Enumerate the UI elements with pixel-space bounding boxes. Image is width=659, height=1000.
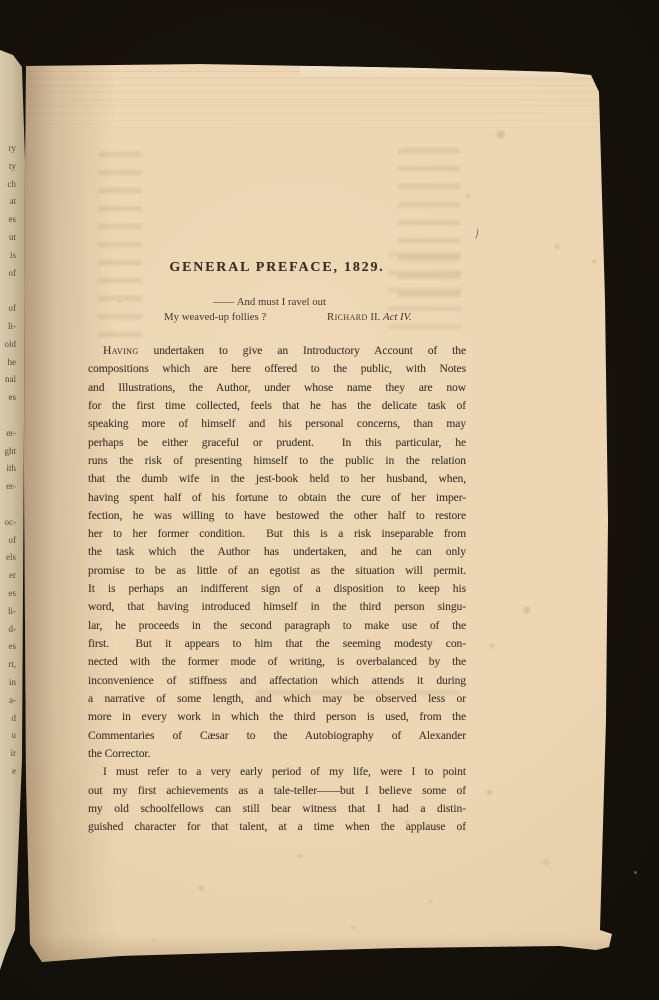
foxing-spot: [118, 300, 122, 304]
fragment-line: d-: [0, 621, 16, 639]
fragment-line: es: [0, 585, 16, 603]
foxing-spot: [495, 130, 506, 139]
text-line: out my first achievements as a tale-tell…: [88, 782, 466, 800]
fragment-line: of: [0, 300, 16, 318]
text-line: inconvenience of stiffness and affectati…: [88, 672, 466, 690]
text-line: word, that having introduced himself in …: [88, 598, 466, 616]
text-line: having spent half of his fortune to obta…: [88, 489, 466, 507]
foxing-spot: [592, 259, 597, 264]
body-paragraph-1: Having undertaken to give an Introductor…: [88, 342, 466, 763]
fragment-line: li-: [0, 318, 16, 336]
fragment-line: a-: [0, 692, 16, 710]
text-segment: Richard: [327, 311, 368, 323]
fragment-line: er-: [0, 478, 16, 496]
foxing-spot: [465, 193, 471, 199]
fragment-line: li-: [0, 603, 16, 621]
fragment-line: er-: [0, 425, 16, 443]
text-segment: II.: [368, 311, 383, 323]
foxing-spot: [297, 853, 303, 859]
fragment-line: ry: [0, 140, 16, 158]
text-segment: Act IV.: [383, 311, 412, 323]
text-line: guished character for that talent, at a …: [88, 818, 466, 836]
fragment-line: oc-: [0, 514, 16, 532]
text-segment: undertaken to give an Introductory Accou…: [139, 344, 466, 357]
foxing-spot: [152, 938, 157, 943]
page-bottom-shadow: [30, 934, 614, 962]
fragment-line: ut: [0, 229, 16, 247]
fragment-line: [0, 282, 16, 300]
text-line: promise to be as little of an egotist as…: [88, 562, 466, 580]
text-segment: Having: [103, 344, 139, 357]
body-paragraph-2: I must refer to a very early period of m…: [88, 763, 466, 836]
text-line: the task which the Author has undertaken…: [88, 543, 466, 561]
body-text: Having undertaken to give an Introductor…: [88, 342, 466, 836]
dust-speck: [634, 871, 637, 874]
fragment-line: u: [0, 727, 16, 745]
text-line: first. But it appears to him that the se…: [88, 635, 466, 653]
fore-edge-page-stack: [584, 70, 608, 948]
fragment-line: old: [0, 336, 16, 354]
book-page: GENERAL PREFACE, 1829. —— And must I rav…: [0, 0, 659, 1000]
page-title: GENERAL PREFACE, 1829.: [88, 260, 466, 276]
text-line: lar, he proceeds in the second paragraph…: [88, 617, 466, 635]
fragment-line: els: [0, 549, 16, 567]
fragment-line: ith: [0, 460, 16, 478]
text-line: speaking more of himself and his persona…: [88, 415, 466, 433]
fragment-line: ty: [0, 158, 16, 176]
fragment-line: es: [0, 211, 16, 229]
facing-page-text-fragments: rytychatesutisofofli-oldhenaleser-ghtith…: [0, 140, 16, 781]
fragment-line: er: [0, 567, 16, 585]
text-line: the Corrector.: [88, 745, 466, 763]
text-line: more in every work in which the third pe…: [88, 708, 466, 726]
fragment-line: is: [0, 247, 16, 265]
fragment-line: ch: [0, 176, 16, 194]
stray-ink-mark: [472, 228, 480, 240]
text-line: my old schoolfellows can still bear witn…: [88, 800, 466, 818]
foxing-spot: [553, 243, 561, 250]
fragment-line: of: [0, 265, 16, 283]
fragment-line: he: [0, 354, 16, 372]
text-line: It is perhaps an indifferent sign of a d…: [88, 580, 466, 598]
fragment-line: in: [0, 674, 16, 692]
text-line: that the dumb wife in the jest-book held…: [88, 470, 466, 488]
text-line: her to her former condition. But this is…: [88, 525, 466, 543]
fragment-line: [0, 407, 16, 425]
text-line: runs the risk of presenting himself to t…: [88, 452, 466, 470]
fragment-line: d: [0, 710, 16, 728]
text-line: perhaps be either graceful or prudent. I…: [88, 434, 466, 452]
text-line: I must refer to a very early period of m…: [88, 763, 466, 781]
text-line: Having undertaken to give an Introductor…: [88, 342, 466, 360]
fragment-line: e: [0, 763, 16, 781]
fragment-line: rt,: [0, 656, 16, 674]
foxing-spot: [350, 925, 356, 930]
text-line: compositions which are here offered to t…: [88, 360, 466, 378]
text-line: Commentaries of Cæsar to the Autobiograp…: [88, 727, 466, 745]
show-through-ghost: [98, 152, 142, 347]
text-line: nected with the former mode of writing, …: [88, 653, 466, 671]
foxing-spot: [542, 858, 551, 866]
fragment-line: es: [0, 638, 16, 656]
epigraph-line-2: My weaved-up follies ?: [164, 311, 266, 323]
fragment-line: at: [0, 193, 16, 211]
foxing-spot: [489, 643, 495, 649]
foxing-spot: [198, 885, 205, 892]
fragment-line: nal: [0, 371, 16, 389]
fragment-line: es: [0, 389, 16, 407]
text-line: for the first time collected, feels that…: [88, 397, 466, 415]
text-line: a narrative of some length, and which ma…: [88, 690, 466, 708]
foxing-spot: [522, 606, 531, 614]
page-top-highlight: [300, 66, 604, 78]
text-line: fection, he was willing to have bestowed…: [88, 507, 466, 525]
book-photograph: rytychatesutisofofli-oldhenaleser-ghtith…: [0, 0, 659, 1000]
fragment-line: ght: [0, 443, 16, 461]
fragment-line: of: [0, 532, 16, 550]
foxing-spot: [428, 899, 433, 904]
text-line: and Illustrations, the Author, under who…: [88, 379, 466, 397]
epigraph-attribution: Richard II. Act IV.: [327, 311, 412, 323]
foxing-spot: [486, 789, 493, 796]
epigraph-line-1: —— And must I ravel out: [213, 296, 326, 308]
fragment-line: ir: [0, 745, 16, 763]
fragment-line: [0, 496, 16, 514]
